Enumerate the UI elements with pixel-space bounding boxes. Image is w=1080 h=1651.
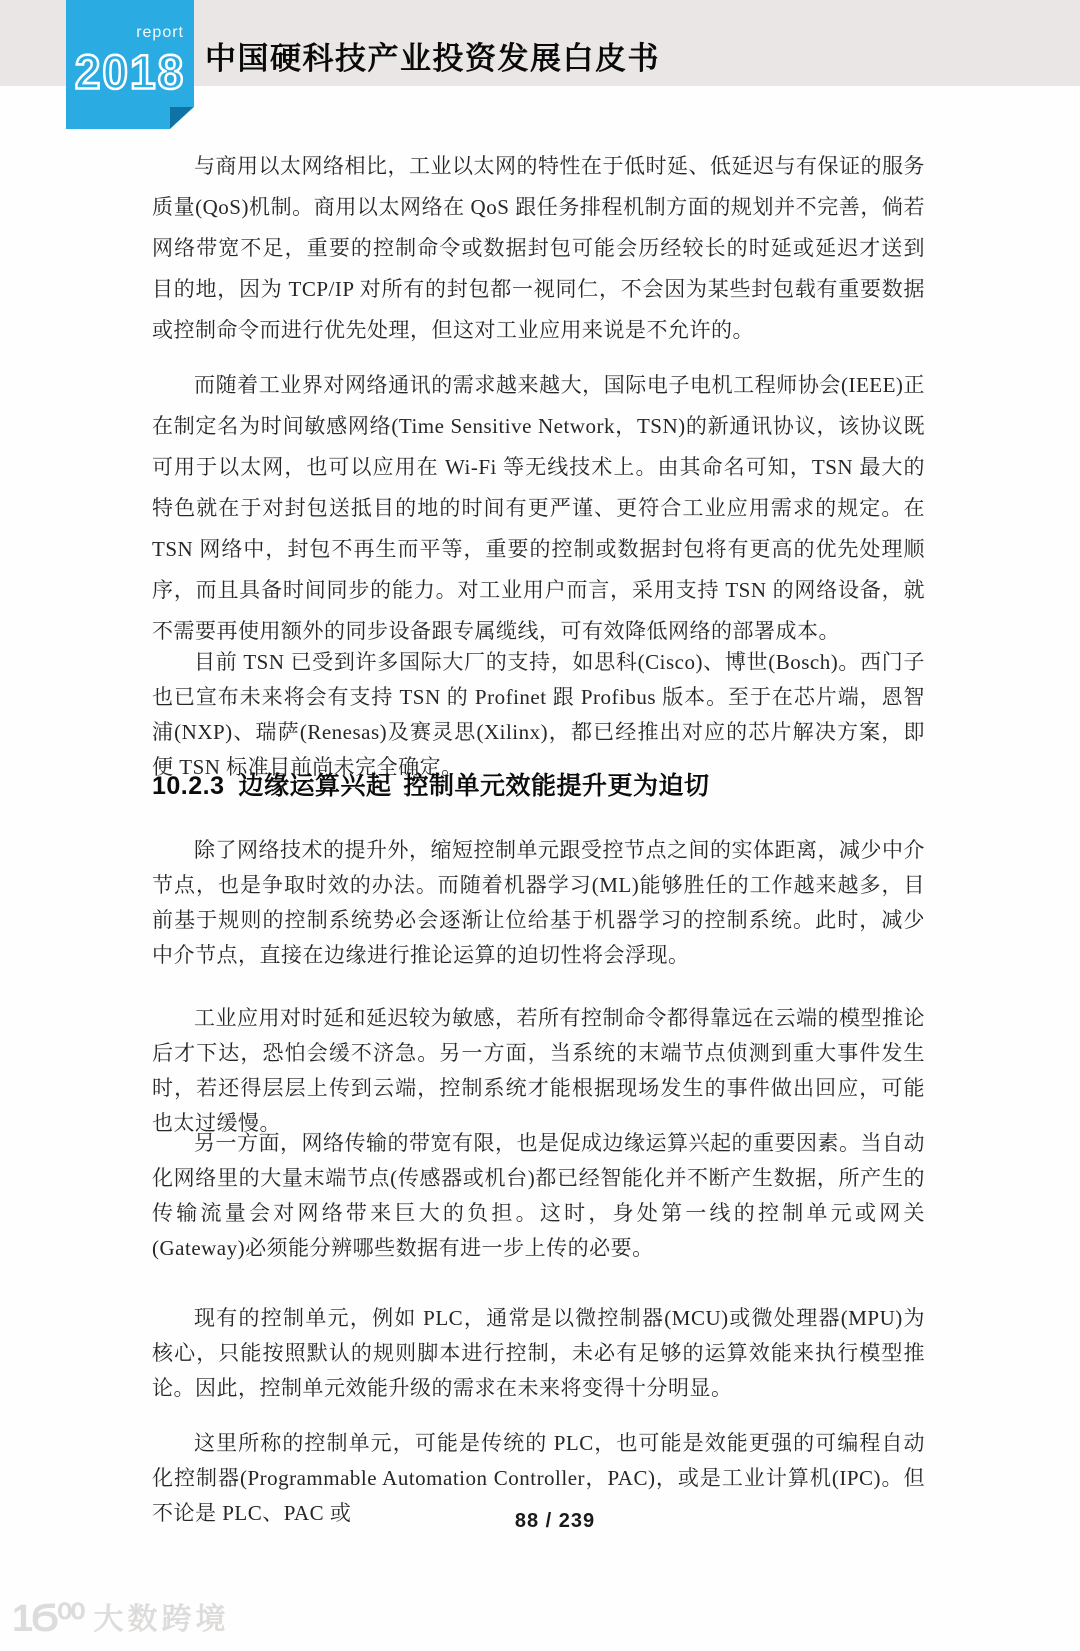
section-number: 10.2.3 bbox=[152, 772, 225, 800]
watermark-text: 大数跨境 bbox=[94, 1602, 230, 1638]
paragraph: 与商用以太网络相比，工业以太网的特性在于低时延、低延迟与有保证的服务质量(QoS… bbox=[152, 146, 925, 351]
section-title-part2: 控制单元效能提升更为迫切 bbox=[404, 772, 710, 800]
paragraph: 目前 TSN 已受到许多国际大厂的支持，如思科(Cisco)、博世(Bosch)… bbox=[152, 645, 925, 785]
document-page: report 2018 中国硬科技产业投资发展白皮书 与商用以太网络相比，工业以… bbox=[0, 0, 1080, 1651]
paragraph: 另一方面，网络传输的带宽有限，也是促成边缘运算兴起的重要因素。当自动化网络里的大… bbox=[152, 1126, 925, 1266]
page-number: 88 / 239 bbox=[152, 1510, 958, 1533]
section-title-part1: 边缘运算兴起 bbox=[239, 772, 392, 800]
report-label: report bbox=[66, 24, 184, 42]
paragraph: 除了网络技术的提升外，缩短控制单元跟受控节点之间的实体距离，减少中介节点，也是争… bbox=[152, 833, 925, 973]
page-title: 中国硬科技产业投资发展白皮书 bbox=[205, 33, 660, 78]
paragraph: 而随着工业界对网络通讯的需求越来越大，国际电子电机工程师协会(IEEE)正在制定… bbox=[152, 365, 925, 652]
section-heading: 10.2.3边缘运算兴起控制单元效能提升更为迫切 bbox=[152, 766, 1012, 802]
paragraph: 现有的控制单元，例如 PLC，通常是以微控制器(MCU)或微处理器(MPU)为核… bbox=[152, 1301, 925, 1406]
watermark-logo-icon: 1Ϭ⁰⁰ bbox=[12, 1600, 84, 1638]
ribbon-year: 2018 bbox=[68, 44, 192, 100]
paragraph: 工业应用对时延和延迟较为敏感，若所有控制命令都得靠远在云端的模型推论后才下达，恐… bbox=[152, 1001, 925, 1141]
watermark: 1Ϭ⁰⁰ 大数跨境 bbox=[12, 1600, 230, 1638]
